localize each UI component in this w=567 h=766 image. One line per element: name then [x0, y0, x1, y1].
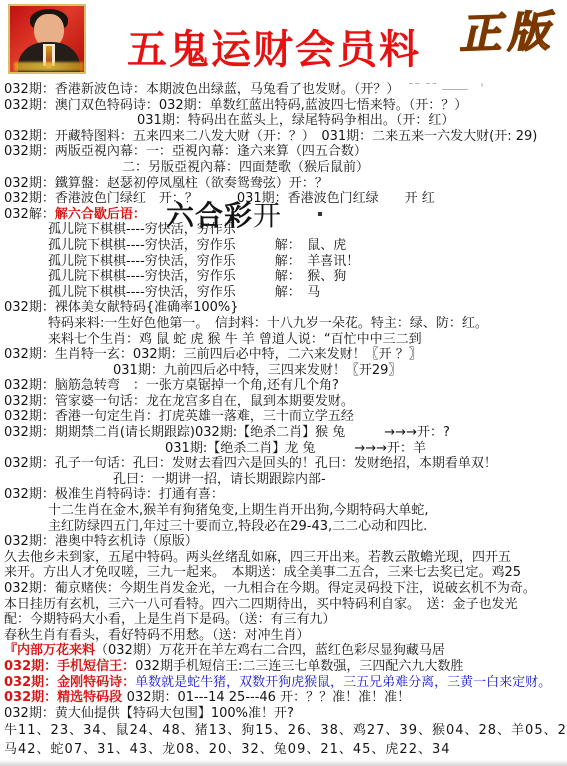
text-line: 主红防绿四五门,年过三十要而立,特段必在29-43,二二心动和四比. — [0, 519, 567, 535]
text-segment: 031期：九前四后必中特，三四来发财！〖开29〗 — [113, 363, 401, 378]
text-segment: 来开。方出人才免叹嗟，三九一起来。 本期送：成全美事二五合，三来七去奖已定。鸡2… — [4, 565, 521, 580]
text-line: 032期：港奥中特玄机诗（原版） — [0, 534, 567, 550]
text-line: 032期：黄大仙提供【特码大包围】100%准！开? — [0, 706, 567, 722]
text-segment: 主红防绿四五门,年过三十要而立,特段必在29-43,二二心动和四比. — [48, 519, 427, 534]
portrait-gold-caption — [14, 62, 84, 71]
text-segment: 032期：手机短信王： — [4, 659, 135, 674]
text-line: 久去他乡未到家，五尾中特码。两头丝绪乱如麻，四三开出来。若教云散蟾光现，四开五 — [0, 550, 567, 566]
text-line: 032期：香港一句定生肖：打虎英雄一落难，三十而立学五经 — [0, 409, 567, 425]
text-line: 032期：管家婆一句话：龙在龙宫多自在，鼠到本期要发财。 — [0, 394, 567, 410]
text-line: 孤儿院下棋棋----穷快活，穷作乐 解： 鼠、虎 — [0, 238, 567, 254]
text-line: 春秋生肖有看头，看好特码不用愁。（送：对冲生肖） — [0, 628, 567, 644]
text-line: 孔曰：一期讲一招，请长期跟踪内部- — [0, 472, 567, 488]
text-line: 032期：开藏特图料：五来四来二八发大财（开：？） 031期：二来五来一六发大财… — [0, 129, 567, 145]
text-line: 032期：金刚特码诗：单数就是蛇牛猪，双数开狗虎猴鼠，三五兄弟难分离，三黄一白来… — [0, 675, 567, 691]
text-segment: 孤儿院下棋棋----穷快活，穷作乐 解： 羊喜讯！ — [48, 254, 359, 269]
text-segment: 二：另版亞視內幕：四面楚歌（猴后鼠前） — [122, 160, 369, 175]
text-segment: 解六合歇后语： — [55, 207, 146, 222]
text-segment: 032期：澳门双色特码诗：032期：单数红蓝出特码,蓝波四七悟来特。（开：？） — [4, 98, 467, 113]
text-line: 031期:【绝杀二肖】龙 兔 →→→开：羊 — [0, 441, 567, 457]
text-segment: 032期：裸体美女献特码{准确率100%} — [4, 300, 239, 315]
text-line: 孤儿院下棋棋----穷快活，穷作乐 解： 猴、狗 — [0, 269, 567, 285]
text-line: 032期：裸体美女献特码{准确率100%} — [0, 300, 567, 316]
text-line: 032期：孔子一句话：孔曰：发财去看四六是回头的！孔曰：发财绝招，本期看单双！ — [0, 456, 567, 472]
lottery-watermark: 六合彩开 — [166, 194, 282, 234]
text-line: 来开。方出人才免叹嗟，三九一起来。 本期送：成全美事二五合，三来七去奖已定。鸡2… — [0, 565, 567, 581]
text-segment: 031期：特码出在蓝头上，绿尾特码争相出。（开：红） — [137, 113, 454, 128]
text-segment: 032期：港奥中特玄机诗（原版） — [4, 534, 198, 549]
text-line: 孤儿院下棋棋----穷快活，穷作乐 解： 羊喜讯！ — [0, 254, 567, 270]
text-segment: ¯¯ ¯¯ ―― ' — [399, 82, 484, 97]
text-line: 马42、蛇07、31、43、龙08、20、32、兔09、21、45、虎22、34 — [0, 740, 567, 759]
text-segment: 032期：鐵算盤：赵瑟初停凤凰柱（欲奏鸳鸯弦）开：？ — [4, 176, 328, 191]
text-segment: 春秋生肖有看头，看好特码不用愁。（送：对冲生肖） — [4, 628, 310, 643]
body-lines: 032期：香港新波色诗：本期波色出绿蓝，马兔看了也发财。（开？） ¯¯ ¯¯ ―… — [0, 82, 567, 759]
text-segment: 本日挂历有玄机，三六一八可看特。四六二四期待出，买中特码利自家。 送：金子也发光 — [4, 597, 518, 612]
page-title: 五鬼运财会员料 — [127, 18, 421, 75]
text-line: 来料七个生肖：鸡 鼠 蛇 虎 猴 牛 羊 曾道人说：“百忙中中三二到 — [0, 332, 567, 348]
text-line: 配：今期特码大小看，上是生肖下是码。（送：有三有九） — [0, 612, 567, 628]
text-line: 032期：期期禁二肖(请长期跟踪)032期:【绝杀二肖】猴 兔 →→→开：? — [0, 425, 567, 441]
text-segment: 032期手机短信王:二三连三七单数强，三四配六九大数胜 — [135, 659, 463, 674]
text-segment: 032期：开藏特图料：五来四来二八发大财（开：？） 031期：二来五来一六发大财… — [4, 129, 537, 144]
text-segment: 特码来料:一生好色他第一。 信封料：十八九岁一朵花。特主：绿、防：红。 — [48, 316, 488, 331]
text-segment: 配：今期特码大小看，上是生肖下是码。（送：有三有九） — [4, 612, 336, 627]
bottom-gray-strip — [0, 760, 567, 766]
text-line: 二：另版亞視內幕：四面楚歌（猴后鼠前） — [0, 160, 567, 176]
text-segment: 牛11、23、34、鼠24、48、猪13、狗15、26、38、鸡27、39、猴0… — [4, 723, 567, 738]
text-line: 032期：精选特码段 032期：01---14 25---46 开：？？准！准！… — [0, 690, 567, 706]
watermark-bold-text: 六合彩 — [166, 199, 253, 232]
portrait-photo — [8, 4, 86, 74]
text-segment: 孤儿院下棋棋----穷快活，穷作乐 解： 马 — [48, 285, 320, 300]
watermark-thin-text: 开 — [253, 199, 282, 232]
text-line: 032期：脑筋急转弯 ：一张方桌锯掉一个角,还有几个角? — [0, 378, 567, 394]
text-line: 032期：葡京赌侠：今期生肖发金光，一九相合在今期。得定灵码投下注，说破玄机不为… — [0, 581, 567, 597]
text-segment: （032期）万花开在羊左鸡右二合四，蓝红色彩尽显狗藏马居 — [95, 643, 445, 658]
text-segment: 032期：极准生肖特码诗：打通有喜： — [4, 487, 224, 502]
text-segment: 031期:【绝杀二肖】龙 兔 →→→开：羊 — [165, 441, 426, 456]
text-line: 032期：鐵算盤：赵瑟初停凤凰柱（欲奏鸳鸯弦）开：？ — [0, 176, 567, 192]
text-line: 032期：两版亞視內幕：一：亞視內幕：逢六来算（四五合数） — [0, 144, 567, 160]
text-line: 032期：极准生肖特码诗：打通有喜： — [0, 487, 567, 503]
text-segment: 032期：两版亞視內幕：一：亞視內幕：逢六来算（四五合数） — [4, 144, 367, 159]
text-segment: 032期：精选特码段 — [4, 690, 127, 705]
flyer-page: 五鬼运财会员料 正版 032期：香港新波色诗：本期波色出绿蓝，马兔看了也发财。（… — [0, 0, 567, 766]
text-line: 十二生肖在金木,猴羊有狗猪兔变,上期生肖开出狗,今期特码大单蛇, — [0, 503, 567, 519]
text-segment: 孤儿院下棋棋----穷快活，穷作乐 解： 猴、狗 — [48, 269, 346, 284]
text-segment: 单数就是蛇牛猪，双数开狗虎猴鼠，三五兄弟难分离，三黄一白来定财。 — [135, 675, 551, 690]
text-segment: 032期：香港一句定生肖：打虎英雄一落难，三十而立学五经 — [4, 409, 354, 424]
text-line: 032期：香港波色门绿红 开：？ 031期：香港波色门红绿 开 红 — [0, 191, 567, 207]
text-line: 031期：九前四后必中特，三四来发财！〖开29〗 — [0, 363, 567, 379]
text-segment: 032期：香港新波色诗：本期波色出绿蓝，马兔看了也发财。（开？） — [4, 82, 399, 97]
text-segment: 十二生肖在金木,猴羊有狗猪兔变,上期生肖开出狗,今期特码大单蛇, — [48, 503, 429, 518]
text-line: 特码来料:一生好色他第一。 信封料：十八九岁一朵花。特主：绿、防：红。 — [0, 316, 567, 332]
ink-dot — [318, 212, 322, 216]
text-segment: 032解： — [4, 207, 55, 222]
text-line: 032解：解六合歇后语： — [0, 207, 567, 223]
text-line: 032期：澳门双色特码诗：032期：单数红蓝出特码,蓝波四七悟来特。（开：？） — [0, 98, 567, 114]
text-segment: 孤儿院下棋棋----穷快活，穷作乐 解： 鼠、虎 — [48, 238, 346, 253]
text-segment: 032期：脑筋急转弯 ：一张方桌锯掉一个角,还有几个角? — [4, 378, 339, 393]
text-line: 牛11、23、34、鼠24、48、猪13、狗15、26、38、鸡27、39、猴0… — [0, 721, 567, 740]
text-line: 031期：特码出在蓝头上，绿尾特码争相出。（开：红） — [0, 113, 567, 129]
text-segment: 孔曰：一期讲一招，请长期跟踪内部- — [113, 472, 326, 487]
text-segment: 032期：期期禁二肖(请长期跟踪)032期:【绝杀二肖】猴 兔 →→→开：? — [4, 425, 450, 440]
text-segment: 032期：孔子一句话：孔曰：发财去看四六是回头的！孔曰：发财绝招，本期看单双！ — [4, 456, 497, 471]
text-segment: 032期：葡京赌侠：今期生肖发金光，一九相合在今期。得定灵码投下注，说破玄机不为… — [4, 581, 536, 596]
text-segment: 马42、蛇07、31、43、龙08、20、32、兔09、21、45、虎22、34 — [4, 742, 451, 757]
text-line: 孤儿院下棋棋----穷快活，穷作乐 解： 马 — [0, 285, 567, 301]
text-line: 032期：生肖特一玄：032期：三前四后必中特，二六来发财！〖开 ？〗 — [0, 347, 567, 363]
text-line: 孤儿院下棋棋----穷快活，穷作乐 — [0, 222, 567, 238]
text-segment: 032期：黄大仙提供【特码大包围】100%准！开? — [4, 706, 294, 721]
genuine-badge: 正版 — [458, 0, 556, 62]
text-line: 032期：香港新波色诗：本期波色出绿蓝，马兔看了也发财。（开？） ¯¯ ¯¯ ―… — [0, 82, 567, 98]
text-segment: 『内部万花来料 — [4, 643, 95, 658]
text-segment: 032期：01---14 25---46 开：？？准！准！准！ — [127, 690, 410, 705]
text-segment: 032期：金刚特码诗： — [4, 675, 135, 690]
text-segment: 来料七个生肖：鸡 鼠 蛇 虎 猴 牛 羊 曾道人说：“百忙中中三二到 — [48, 332, 422, 347]
text-line: 『内部万花来料（032期）万花开在羊左鸡右二合四，蓝红色彩尽显狗藏马居 — [0, 643, 567, 659]
text-segment: 久去他乡未到家，五尾中特码。两头丝绪乱如麻，四三开出来。若教云散蟾光现，四开五 — [4, 550, 511, 565]
text-segment: 032期：管家婆一句话：龙在龙宫多自在，鼠到本期要发财。 — [4, 394, 354, 409]
text-line: 032期：手机短信王：032期手机短信王:二三连三七单数强，三四配六九大数胜 — [0, 659, 567, 675]
text-line: 本日挂历有玄机，三六一八可看特。四六二四期待出，买中特码利自家。 送：金子也发光 — [0, 597, 567, 613]
text-segment: 032期：生肖特一玄：032期：三前四后必中特，二六来发财！〖开 ？〗 — [4, 347, 422, 362]
